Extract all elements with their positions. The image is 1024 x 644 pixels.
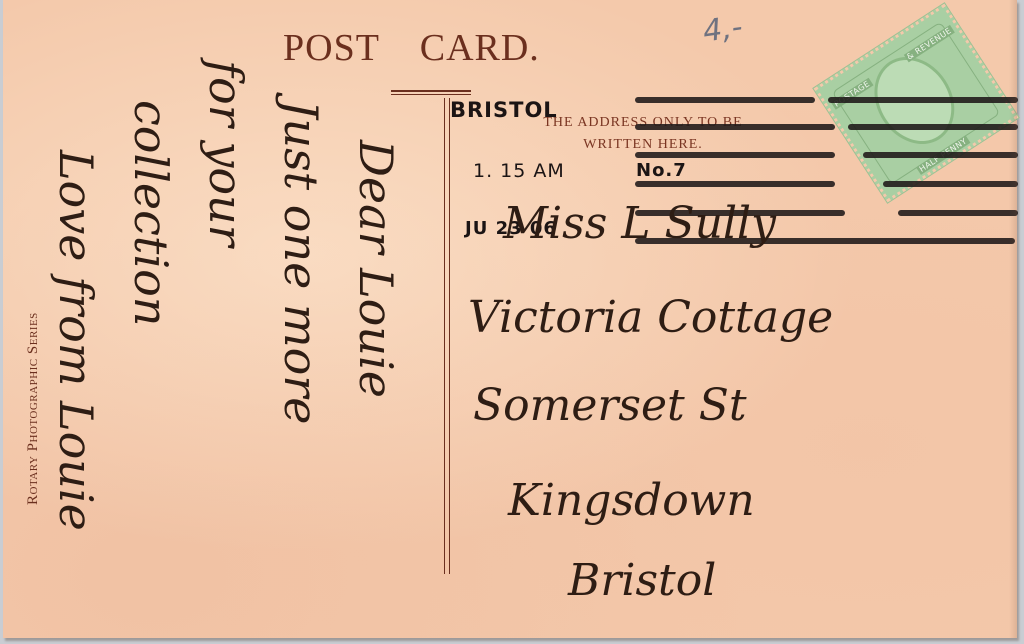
message-line: collection [124, 100, 178, 326]
address-line-city: Bristol [568, 555, 716, 606]
cancel-bar [635, 152, 835, 158]
postmark-time: 1. 15 AM [473, 160, 565, 182]
message-line: Just one more [274, 100, 328, 424]
cancel-bar [635, 97, 815, 103]
message-line: Dear Louie [349, 140, 403, 398]
cancel-bar [635, 181, 835, 187]
address-line-house: Victoria Cottage [468, 292, 833, 343]
postcard-title: POST CARD. [283, 26, 540, 70]
series-imprint: Rotary Photographic Series [25, 312, 42, 505]
postmark-number: No.7 [636, 160, 687, 181]
cancel-bar [828, 97, 1018, 103]
cancel-bar [883, 181, 1018, 187]
message-line: for your [199, 60, 253, 247]
message-line: Love from Louie [49, 150, 103, 531]
cancel-bar [898, 210, 1018, 216]
cancel-bar [848, 124, 1018, 130]
cancel-bar [863, 152, 1018, 158]
postcard-back: POST CARD. Rotary Photographic Series 4,… [3, 0, 1017, 638]
postage-stamp: POSTAGE & REVENUE HALF PENNY [814, 3, 1019, 202]
address-line-recipient: Miss L Sully [503, 198, 776, 249]
divider-horizontal [391, 90, 471, 95]
pencil-price-note: 4,- [701, 9, 745, 49]
postmark-city: BRISTOL [450, 98, 558, 122]
address-line-district: Kingsdown [508, 475, 755, 526]
cancel-bar [635, 124, 835, 130]
divider-vertical [444, 98, 450, 574]
address-line-street: Somerset St [473, 380, 747, 431]
